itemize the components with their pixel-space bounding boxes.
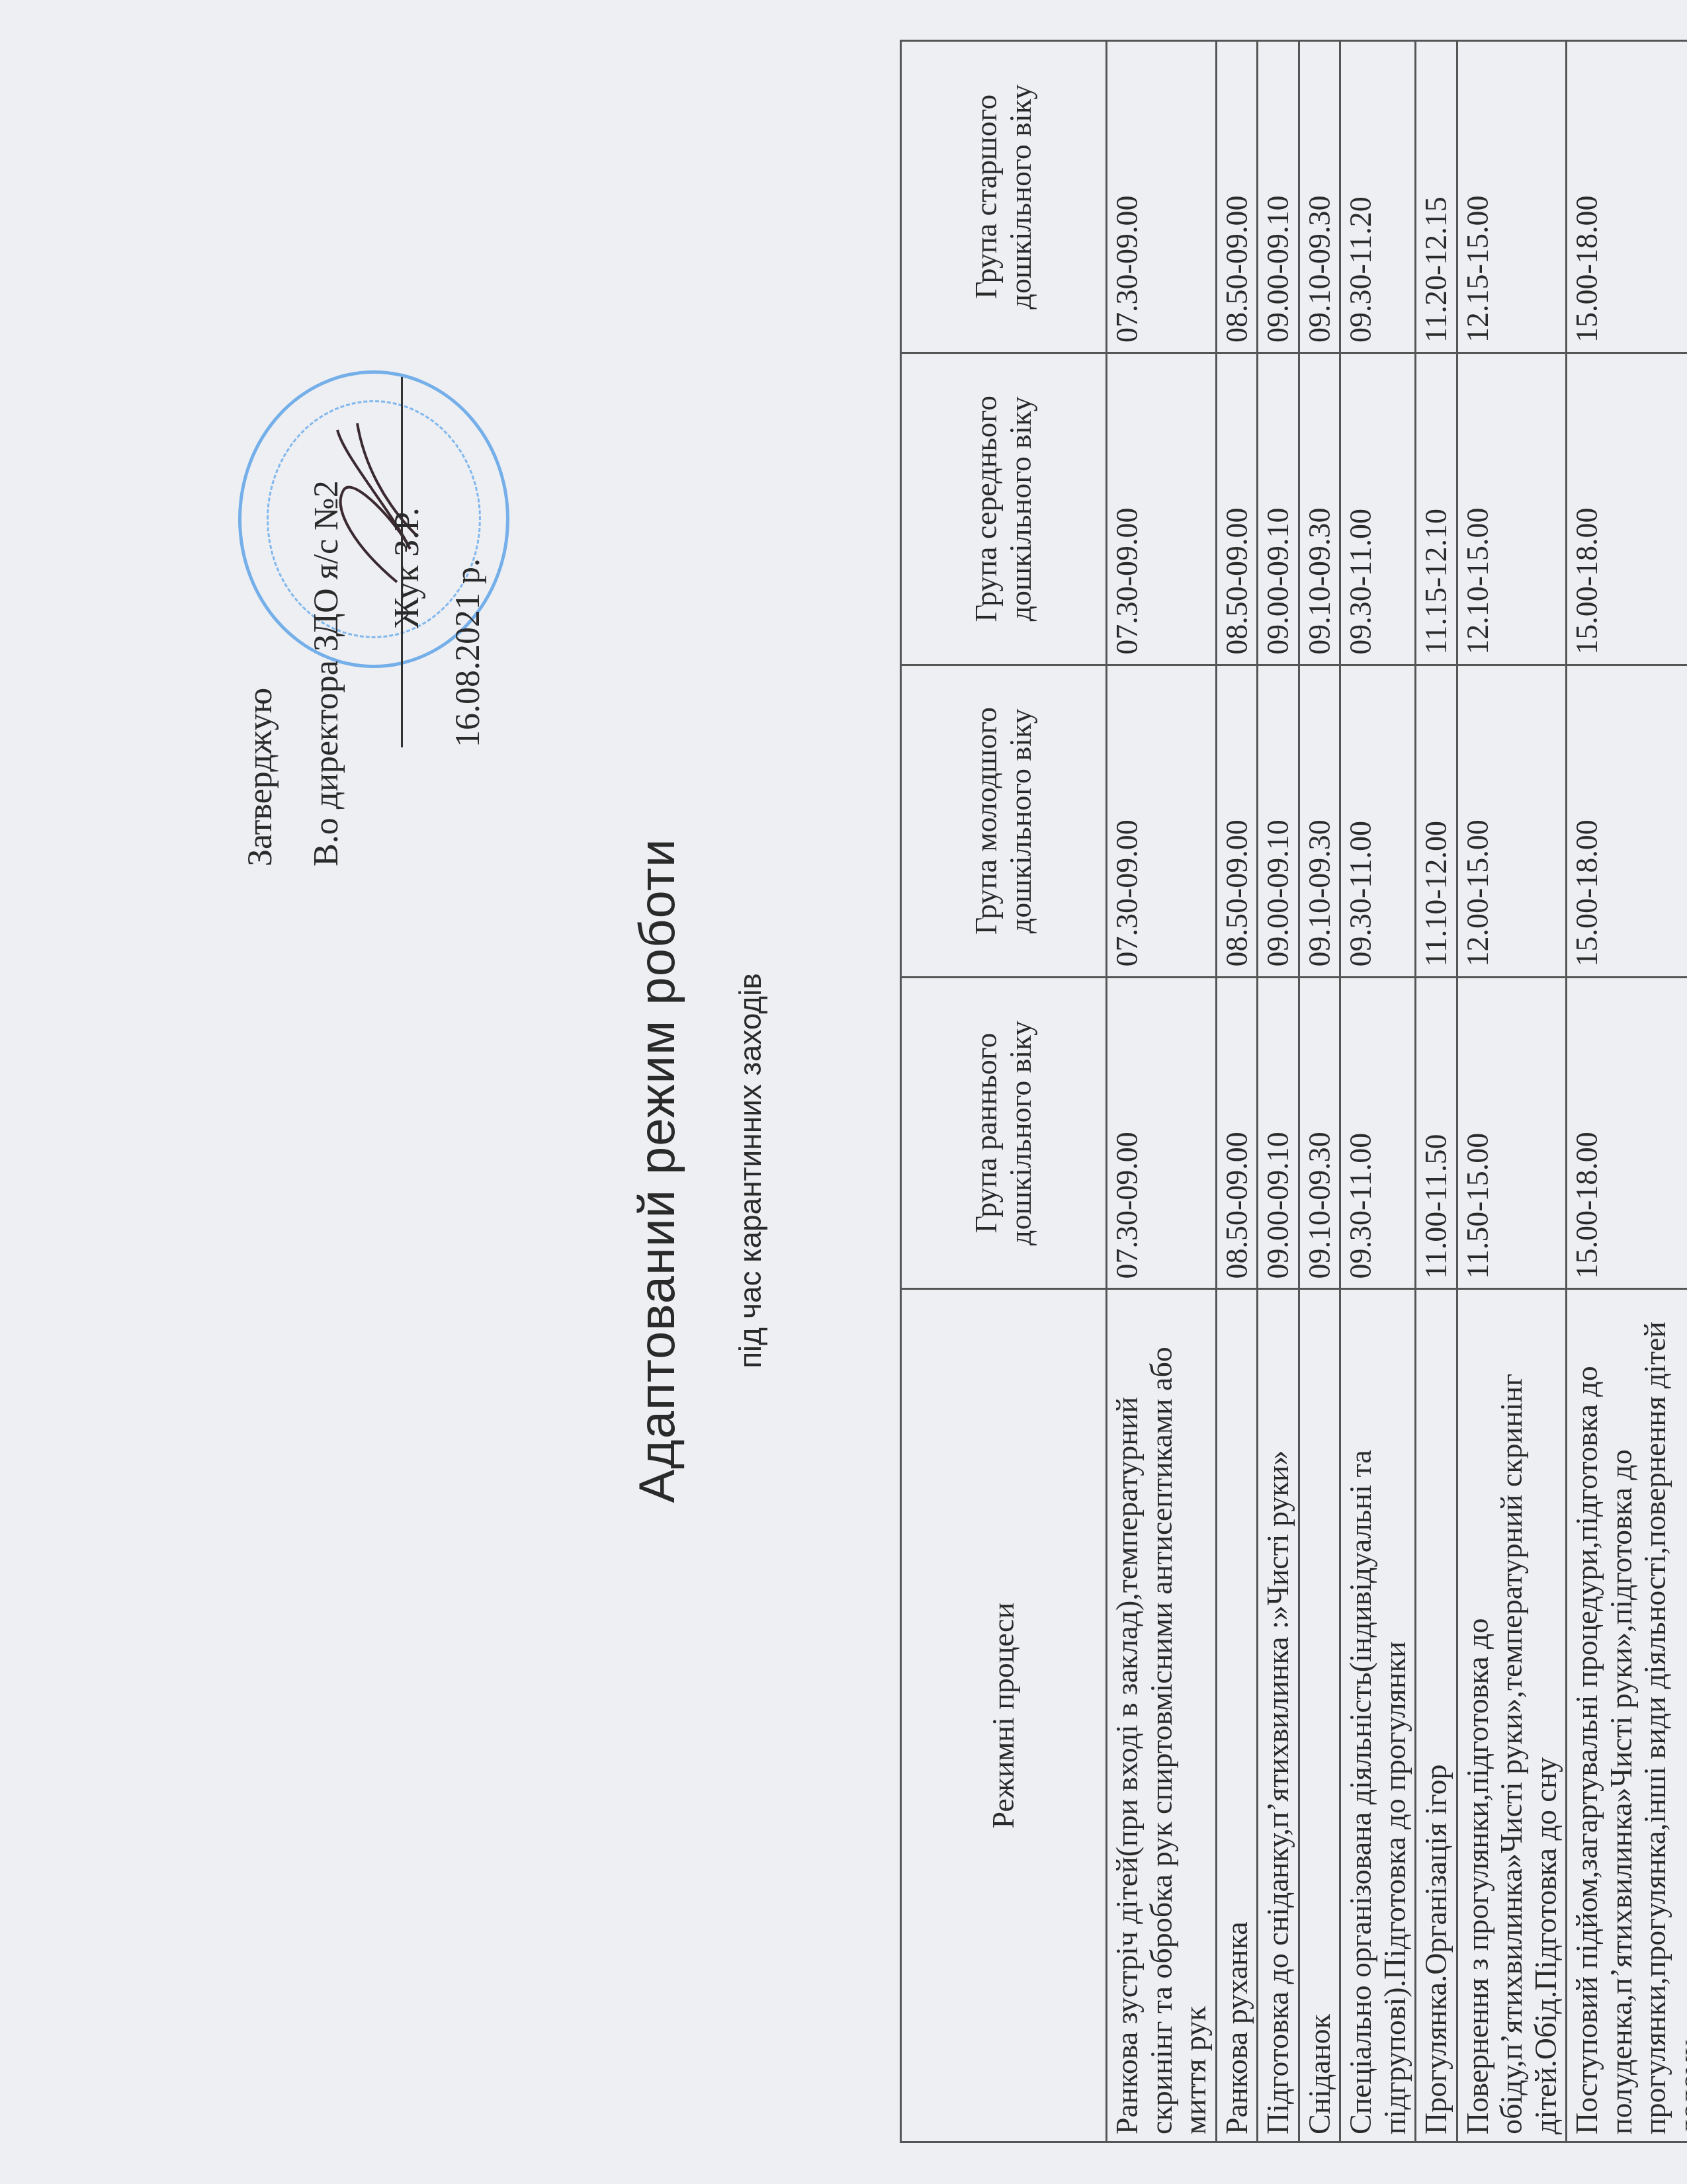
table-row: Ранкова зустріч дітей(при вході в заклад… <box>1107 41 1217 2142</box>
time-cell: 08.50-09.00 <box>1216 977 1258 1289</box>
time-cell: 11.20-12.15 <box>1416 41 1457 353</box>
header-processes: Режимні процеси <box>901 1289 1107 2142</box>
process-cell: Повернення з прогулянки,підготовка до об… <box>1457 1289 1567 2142</box>
approval-date: 16.08.2021 р. <box>451 558 486 747</box>
time-cell: 08.50-09.00 <box>1216 41 1258 353</box>
document-subtitle: під час карантинних заходів <box>732 642 768 1700</box>
time-cell: 11.00-11.50 <box>1416 977 1457 1289</box>
time-cell: 09.00-09.10 <box>1258 665 1299 977</box>
time-cell: 15.00-18.00 <box>1567 41 1687 353</box>
process-cell: Ранкова зустріч дітей(при вході в заклад… <box>1107 1289 1217 2142</box>
table-row: Підготовка до сніданку,п’ятихвилинка :»Ч… <box>1258 41 1299 2142</box>
header-senior-group: Група старшого дошкільного віку <box>901 41 1107 353</box>
time-cell: 12.00-15.00 <box>1457 665 1567 977</box>
document-title: Адаптований режим роботи <box>628 642 686 1700</box>
process-cell: Ранкова руханка <box>1216 1289 1258 2142</box>
process-cell: Прогулянка.Організація ігор <box>1416 1289 1457 2142</box>
time-cell: 12.10-15.00 <box>1457 353 1567 665</box>
time-cell: 09.10-09.30 <box>1299 41 1340 353</box>
time-cell: 09.10-09.30 <box>1299 977 1340 1289</box>
approver-name: Жук З.Р. <box>390 507 425 628</box>
process-cell: Підготовка до сніданку,п’ятихвилинка :»Ч… <box>1258 1289 1299 2142</box>
time-cell: 09.00-09.10 <box>1258 353 1299 665</box>
time-cell: 11.10-12.00 <box>1416 665 1457 977</box>
table-header-row: Режимні процеси Група раннього дошкільно… <box>901 41 1107 2142</box>
table-row: Повернення з прогулянки,підготовка до об… <box>1457 41 1567 2142</box>
approve-label: Затверджую <box>243 688 278 866</box>
time-cell: 15.00-18.00 <box>1567 353 1687 665</box>
time-cell: 15.00-18.00 <box>1567 977 1687 1289</box>
header-middle-group: Група середнього дошкільного віку <box>901 353 1107 665</box>
time-cell: 09.30-11.00 <box>1340 977 1416 1289</box>
time-cell: 11.50-15.00 <box>1457 977 1567 1289</box>
time-cell: 09.10-09.30 <box>1299 665 1340 977</box>
time-cell: 09.30-11.00 <box>1340 665 1416 977</box>
process-cell: Поступовий підйом,загартувальні процедур… <box>1567 1289 1687 2142</box>
schedule-table: Режимні процеси Група раннього дошкільно… <box>900 40 1687 2143</box>
time-cell: 08.50-09.00 <box>1216 353 1258 665</box>
time-cell: 07.30-09.00 <box>1107 977 1217 1289</box>
header-early-group: Група раннього дошкільного віку <box>901 977 1107 1289</box>
table-row: Прогулянка.Організація ігор11.00-11.5011… <box>1416 41 1457 2142</box>
time-cell: 09.30-11.20 <box>1340 41 1416 353</box>
process-cell: Спеціально організована діяльність(індив… <box>1340 1289 1416 2142</box>
time-cell: 08.50-09.00 <box>1216 665 1258 977</box>
approver-position: В.о директора ЗДО я/с №2 <box>310 480 344 866</box>
time-cell: 09.30-11.00 <box>1340 353 1416 665</box>
time-cell: 15.00-18.00 <box>1567 665 1687 977</box>
title-block: Адаптований режим роботи під час каранти… <box>628 642 768 1700</box>
time-cell: 07.30-09.00 <box>1107 41 1217 353</box>
header-junior-group: Група молодшого дошкільного віку <box>901 665 1107 977</box>
table-row: Спеціально організована діяльність(індив… <box>1340 41 1416 2142</box>
time-cell: 11.15-12.10 <box>1416 353 1457 665</box>
time-cell: 09.00-09.10 <box>1258 977 1299 1289</box>
approval-block: Затверджую В.о директора ЗДО я/с №2 Жук … <box>218 205 695 866</box>
time-cell: 07.30-09.00 <box>1107 665 1217 977</box>
table-row: Сніданок09.10-09.3009.10-09.3009.10-09.3… <box>1299 41 1340 2142</box>
process-cell: Сніданок <box>1299 1289 1340 2142</box>
document-sheet: Затверджую В.о директора ЗДО я/с №2 Жук … <box>218 33 1561 2163</box>
table-row: Ранкова руханка08.50-09.0008.50-09.0008.… <box>1216 41 1258 2142</box>
time-cell: 09.00-09.10 <box>1258 41 1299 353</box>
time-cell: 09.10-09.30 <box>1299 353 1340 665</box>
time-cell: 12.15-15.00 <box>1457 41 1567 353</box>
table-row: Поступовий підйом,загартувальні процедур… <box>1567 41 1687 2142</box>
time-cell: 07.30-09.00 <box>1107 353 1217 665</box>
